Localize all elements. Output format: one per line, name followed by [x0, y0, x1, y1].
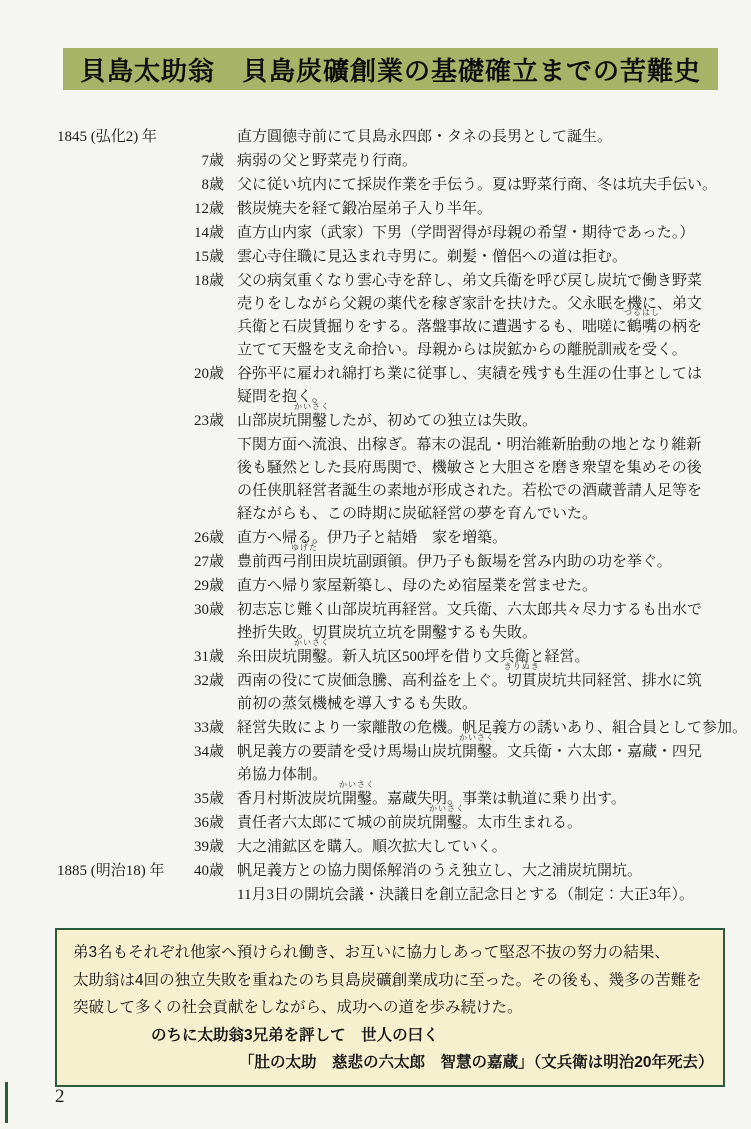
- age-label: 12歳: [177, 198, 224, 221]
- entry-text: 山部炭坑かいさく開鑿したが、初めての独立は失敗。: [237, 410, 537, 433]
- age-label: 32歳: [177, 670, 224, 716]
- summary-quote-line: 「肚の太助 慈悲の六太郎 智慧の嘉蔵」（文兵衛は明治20年死去）: [73, 1049, 707, 1077]
- timeline-row: 7歳病弱の父と野菜売り行商。: [57, 150, 747, 173]
- entry-text: 責任者六太郎にて城の前炭坑かいさく開鑿。太市生まれる。: [237, 812, 582, 835]
- timeline-row: 32歳西南の役にて炭価急騰、高利益を上ぐ。きりぬき切貫炭坑共同経営、排水に筑前初…: [57, 670, 747, 716]
- age-label: 8歳: [177, 174, 224, 197]
- year-label: [57, 884, 177, 907]
- title-banner: 貝島太助翁 貝島炭礦創業の基礎確立までの苦難史: [63, 48, 718, 90]
- year-label: [57, 599, 177, 645]
- year-label: [57, 246, 177, 269]
- entry-text: 雲心寺住職に見込まれ寺男に。剃髪・僧侶への道は拒む。: [237, 246, 627, 269]
- summary-paragraph: 弟3名もそれぞれ他家へ預けられ働き、お互いに協力しあって堅忍不抜の努力の結果、 …: [73, 939, 707, 1022]
- entry-text: 帆足義方の要請を受け馬場山炭坑かいさく開鑿。文兵衛・六太郎・嘉蔵・四兄弟協力体制…: [237, 741, 702, 787]
- year-label: [57, 410, 177, 433]
- timeline-row: 下関方面へ流浪、出稼ぎ。幕末の混乱・明治維新胎動の地となり維新後も騒然とした長府…: [57, 434, 747, 526]
- age-label: 30歳: [177, 599, 224, 645]
- page-number: 2: [55, 1086, 65, 1108]
- entry-text: 西南の役にて炭価急騰、高利益を上ぐ。きりぬき切貫炭坑共同経営、排水に筑前初の蒸気…: [237, 670, 702, 716]
- timeline: 1845 (弘化2) 年直方圓徳寺前にて貝島永四郎・タネの長男として誕生。7歳病…: [57, 126, 747, 908]
- year-label: [57, 363, 177, 409]
- entry-text: 父に従い坑内にて採炭作業を手伝う。夏は野菜行商、冬は坑夫手伝い。: [237, 174, 717, 197]
- timeline-row: 30歳初志忘じ難く山部炭坑再経営。文兵衛、六太郎共々尽力するも出水で挫折失敗。切…: [57, 599, 747, 645]
- summary-intro-line: のちに太助翁3兄弟を評して 世人の曰く: [73, 1022, 707, 1050]
- timeline-row: 1845 (弘化2) 年直方圓徳寺前にて貝島永四郎・タネの長男として誕生。: [57, 126, 747, 149]
- entry-text: 直方へ帰り家屋新築し、母のため宿屋業を営ませた。: [237, 575, 597, 598]
- age-label: [177, 126, 224, 149]
- year-label: [57, 174, 177, 197]
- timeline-row: 15歳雲心寺住職に見込まれ寺男に。剃髪・僧侶への道は拒む。: [57, 246, 747, 269]
- timeline-row: 11月3日の開坑会議・決議日を創立記念日とする（制定：大正3年）。: [57, 884, 747, 907]
- timeline-row: 35歳香月村斯波炭坑かいさく開鑿。嘉蔵失明。事業は軌道に乗り出す。: [57, 788, 747, 811]
- entry-text: 直方圓徳寺前にて貝島永四郎・タネの長男として誕生。: [237, 126, 612, 149]
- age-label: 18歳: [177, 270, 224, 362]
- page-edge-mark: [5, 1082, 8, 1123]
- year-label: [57, 198, 177, 221]
- page-title: 貝島太助翁 貝島炭礦創業の基礎確立までの苦難史: [80, 51, 701, 88]
- age-label: [177, 434, 224, 526]
- timeline-row: 20歳谷弥平に雇われ綿打ち業に従事し、実績を残すも生涯の仕事としては疑問を抱く。: [57, 363, 747, 409]
- timeline-row: 14歳直方山内家（武家）下男（学問習得が母親の希望・期待であった。）: [57, 222, 747, 245]
- year-label: 1885 (明治18) 年: [57, 860, 177, 883]
- age-label: 31歳: [177, 646, 224, 669]
- timeline-row: 23歳山部炭坑かいさく開鑿したが、初めての独立は失敗。: [57, 410, 747, 433]
- timeline-row: 1885 (明治18) 年40歳帆足義方との協力関係解消のうえ独立し、大之浦炭坑…: [57, 860, 747, 883]
- entry-text: 下関方面へ流浪、出稼ぎ。幕末の混乱・明治維新胎動の地となり維新後も騒然とした長府…: [237, 434, 702, 526]
- timeline-row: 12歳骸炭焼夫を経て鍛冶屋弟子入り半年。: [57, 198, 747, 221]
- timeline-row: 34歳帆足義方の要請を受け馬場山炭坑かいさく開鑿。文兵衛・六太郎・嘉蔵・四兄弟協…: [57, 741, 747, 787]
- timeline-row: 8歳父に従い坑内にて採炭作業を手伝う。夏は野菜行商、冬は坑夫手伝い。: [57, 174, 747, 197]
- entry-text: 11月3日の開坑会議・決議日を創立記念日とする（制定：大正3年）。: [237, 884, 694, 907]
- age-label: 20歳: [177, 363, 224, 409]
- entry-text: 骸炭焼夫を経て鍛冶屋弟子入り半年。: [237, 198, 492, 221]
- age-label: 14歳: [177, 222, 224, 245]
- entry-text: 直方へ帰る。伊乃子と結婚 家を増築。: [237, 527, 507, 550]
- age-label: 39歳: [177, 836, 224, 859]
- year-label: [57, 788, 177, 811]
- year-label: 1845 (弘化2) 年: [57, 126, 177, 149]
- year-label: [57, 575, 177, 598]
- age-label: 36歳: [177, 812, 224, 835]
- year-label: [57, 836, 177, 859]
- age-label: 29歳: [177, 575, 224, 598]
- year-label: [57, 150, 177, 173]
- timeline-row: 39歳大之浦鉱区を購入。順次拡大していく。: [57, 836, 747, 859]
- summary-box: 弟3名もそれぞれ他家へ預けられ働き、お互いに協力しあって堅忍不抜の努力の結果、 …: [55, 928, 725, 1087]
- timeline-row: 31歳糸田炭坑かいさく開鑿。新入坑区500坪を借り文兵衛と経営。: [57, 646, 747, 669]
- age-label: 26歳: [177, 527, 224, 550]
- scanned-document-page: { "title": { "text": "貝島太助翁 貝島炭礦創業の基礎確立ま…: [0, 0, 751, 1129]
- year-label: [57, 222, 177, 245]
- year-label: [57, 717, 177, 740]
- timeline-row: 29歳直方へ帰り家屋新築し、母のため宿屋業を営ませた。: [57, 575, 747, 598]
- entry-text: 病弱の父と野菜売り行商。: [237, 150, 417, 173]
- timeline-row: 36歳責任者六太郎にて城の前炭坑かいさく開鑿。太市生まれる。: [57, 812, 747, 835]
- age-label: [177, 884, 224, 907]
- year-label: [57, 551, 177, 574]
- year-label: [57, 646, 177, 669]
- age-label: 27歳: [177, 551, 224, 574]
- timeline-row: 33歳経営失敗により一家離散の危機。帆足義方の誘いあり、組合員として参加。: [57, 717, 747, 740]
- entry-text: 帆足義方との協力関係解消のうえ独立し、大之浦炭坑開坑。: [237, 860, 642, 883]
- year-label: [57, 527, 177, 550]
- age-label: 23歳: [177, 410, 224, 433]
- entry-text: 大之浦鉱区を購入。順次拡大していく。: [237, 836, 507, 859]
- timeline-row: 27歳豊前西ゆげた弓削田炭坑副頭領。伊乃子も飯場を営み内助の功を挙ぐ。: [57, 551, 747, 574]
- year-label: [57, 812, 177, 835]
- timeline-row: 18歳父の病気重くなり雲心寺を辞し、弟文兵衛を呼び戻し炭坑で働き野菜売りをしなが…: [57, 270, 747, 362]
- age-label: 35歳: [177, 788, 224, 811]
- age-label: 33歳: [177, 717, 224, 740]
- entry-text: 豊前西ゆげた弓削田炭坑副頭領。伊乃子も飯場を営み内助の功を挙ぐ。: [237, 551, 672, 574]
- age-label: 40歳: [177, 860, 224, 883]
- entry-text: 父の病気重くなり雲心寺を辞し、弟文兵衛を呼び戻し炭坑で働き野菜売りをしながら父親…: [237, 270, 702, 362]
- timeline-row: 26歳直方へ帰る。伊乃子と結婚 家を増築。: [57, 527, 747, 550]
- year-label: [57, 434, 177, 526]
- year-label: [57, 270, 177, 362]
- entry-text: 直方山内家（武家）下男（学問習得が母親の希望・期待であった。）: [237, 222, 694, 245]
- year-label: [57, 670, 177, 716]
- year-label: [57, 741, 177, 787]
- age-label: 7歳: [177, 150, 224, 173]
- age-label: 15歳: [177, 246, 224, 269]
- age-label: 34歳: [177, 741, 224, 787]
